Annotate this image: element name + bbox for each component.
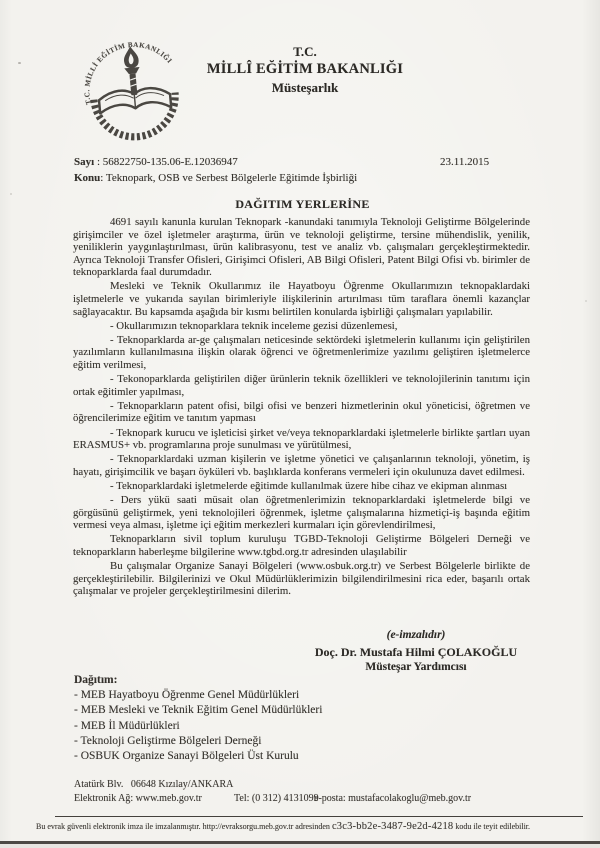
scan-speck [585, 300, 587, 302]
footer-tel: Tel: (0 312) 4131099 [234, 792, 319, 806]
sayi-row: Sayı : 56822750-135.06-E.12036947 23.11.… [74, 155, 534, 171]
konu-value: : Teknopark, OSB ve Serbest Bölgelerle E… [100, 172, 357, 184]
body-paragraph: - Tekonoparklarda geliştirilen diğer ürü… [73, 373, 530, 398]
letter-date: 23.11.2015 [440, 155, 489, 171]
distribution-item: - Teknoloji Geliştirme Bölgeleri Derneği [74, 734, 494, 749]
sayi-value: : 56822750-135.06-E.12036947 [94, 156, 238, 168]
footer-line2: Elektronik Ağ: www.meb.gov.tr Tel: (0 31… [74, 792, 574, 806]
distribution-list: - MEB Hayatboyu Öğrenme Genel Müdürlükle… [74, 688, 494, 764]
verification-code: c3c3-bb2e-3487-9e2d-4218 [332, 821, 453, 832]
scanned-official-letter: T.C. MİLLİ EĞİTİM BAKANLIĞI T.C. MİLLÎ E… [0, 0, 600, 848]
distribution-item: - MEB Hayatboyu Öğrenme Genel Müdürlükle… [74, 688, 494, 703]
scan-bottom-paper [0, 844, 600, 848]
sayi-label: Sayı [74, 156, 94, 168]
body-paragraph: - Teknoparkların patent ofisi, bilgi ofi… [73, 400, 530, 425]
body-paragraph: - Ders yükü saati müsait olan öğretmenle… [73, 494, 530, 532]
distribution-item: - OSBUK Organize Sanayi Bölgeleri Üst Ku… [74, 749, 494, 764]
letterhead-tc: T.C. [178, 44, 432, 60]
distribution-item: - MEB Mesleki ve Teknik Eğitim Genel Müd… [74, 703, 494, 718]
emblem-group: T.C. MİLLİ EĞİTİM BAKANLIĞI [79, 37, 180, 141]
letterhead-office: Müsteşarlık [178, 79, 432, 96]
scan-speck [10, 193, 12, 195]
body-paragraph: Mesleki ve Teknik Okullarımız ile Hayatb… [73, 280, 530, 318]
verification-text: Bu evrak güvenli elektronik imza ile imz… [36, 821, 582, 832]
footer-address: Atatürk Blv. 06648 Kızılay/ANKARA [74, 778, 574, 792]
body-paragraph: - Teknoparklardaki uzman kişilerin ve iş… [73, 453, 530, 478]
distribution-label: Dağıtım: [74, 672, 494, 688]
distribution-block: Dağıtım: - MEB Hayatboyu Öğrenme Genel M… [74, 672, 494, 764]
verification-prefix: Bu evrak güvenli elektronik imza ile imz… [36, 822, 330, 831]
verification-suffix: kodu ile teyit edilebilir. [455, 822, 530, 831]
body-paragraph: - Teknopark kurucu ve işleticisi şirket … [73, 427, 530, 452]
letter-meta: Sayı : 56822750-135.06-E.12036947 23.11.… [74, 155, 534, 186]
verification-rule [55, 816, 583, 817]
konu-label: Konu [74, 172, 100, 184]
letterhead-ministry: MİLLÎ EĞİTİM BAKANLIĞI [178, 60, 432, 79]
konu-row: Konu: Teknopark, OSB ve Serbest Bölgeler… [74, 171, 534, 187]
footer-web: Elektronik Ağ: www.meb.gov.tr [74, 793, 202, 804]
letter-body: 4691 sayılı kanunla kurulan Teknopark -k… [73, 216, 530, 599]
scan-speck [18, 62, 21, 64]
signer-name: Doç. Dr. Mustafa Hilmi ÇOLAKOĞLU [290, 645, 542, 660]
body-paragraph: - Okullarımızın teknoparklara teknik inc… [73, 320, 530, 333]
distribution-item: - MEB İl Müdürlükleri [74, 719, 494, 734]
footer-email: e-posta: mustafacolakoglu@meb.gov.tr [314, 792, 471, 806]
body-paragraph: - Teknoparklardaki işletmelerde eğitimde… [73, 480, 530, 493]
e-signature-note: (e-imzalıdır) [290, 629, 542, 641]
letterhead: T.C. MİLLÎ EĞİTİM BAKANLIĞI Müsteşarlık [178, 44, 432, 96]
body-paragraph: - Teknoparklarda ar-ge çalışmaları netic… [73, 334, 530, 372]
body-paragraph: Teknoparkların sivil toplum kuruluşu TGB… [73, 533, 530, 558]
body-paragraph: Bu çalışmalar Organize Sanayi Bölgeleri … [73, 560, 530, 598]
body-paragraph: 4691 sayılı kanunla kurulan Teknopark -k… [73, 216, 530, 279]
recipient-title: DAĞITIM YERLERİNE [74, 197, 531, 212]
footer-contact: Atatürk Blv. 06648 Kızılay/ANKARA Elektr… [74, 778, 574, 806]
meb-ministry-logo: T.C. MİLLİ EĞİTİM BAKANLIĞI [78, 36, 190, 142]
signature-block: (e-imzalıdır) Doç. Dr. Mustafa Hilmi ÇOL… [290, 629, 542, 675]
torch-cup [124, 67, 140, 74]
